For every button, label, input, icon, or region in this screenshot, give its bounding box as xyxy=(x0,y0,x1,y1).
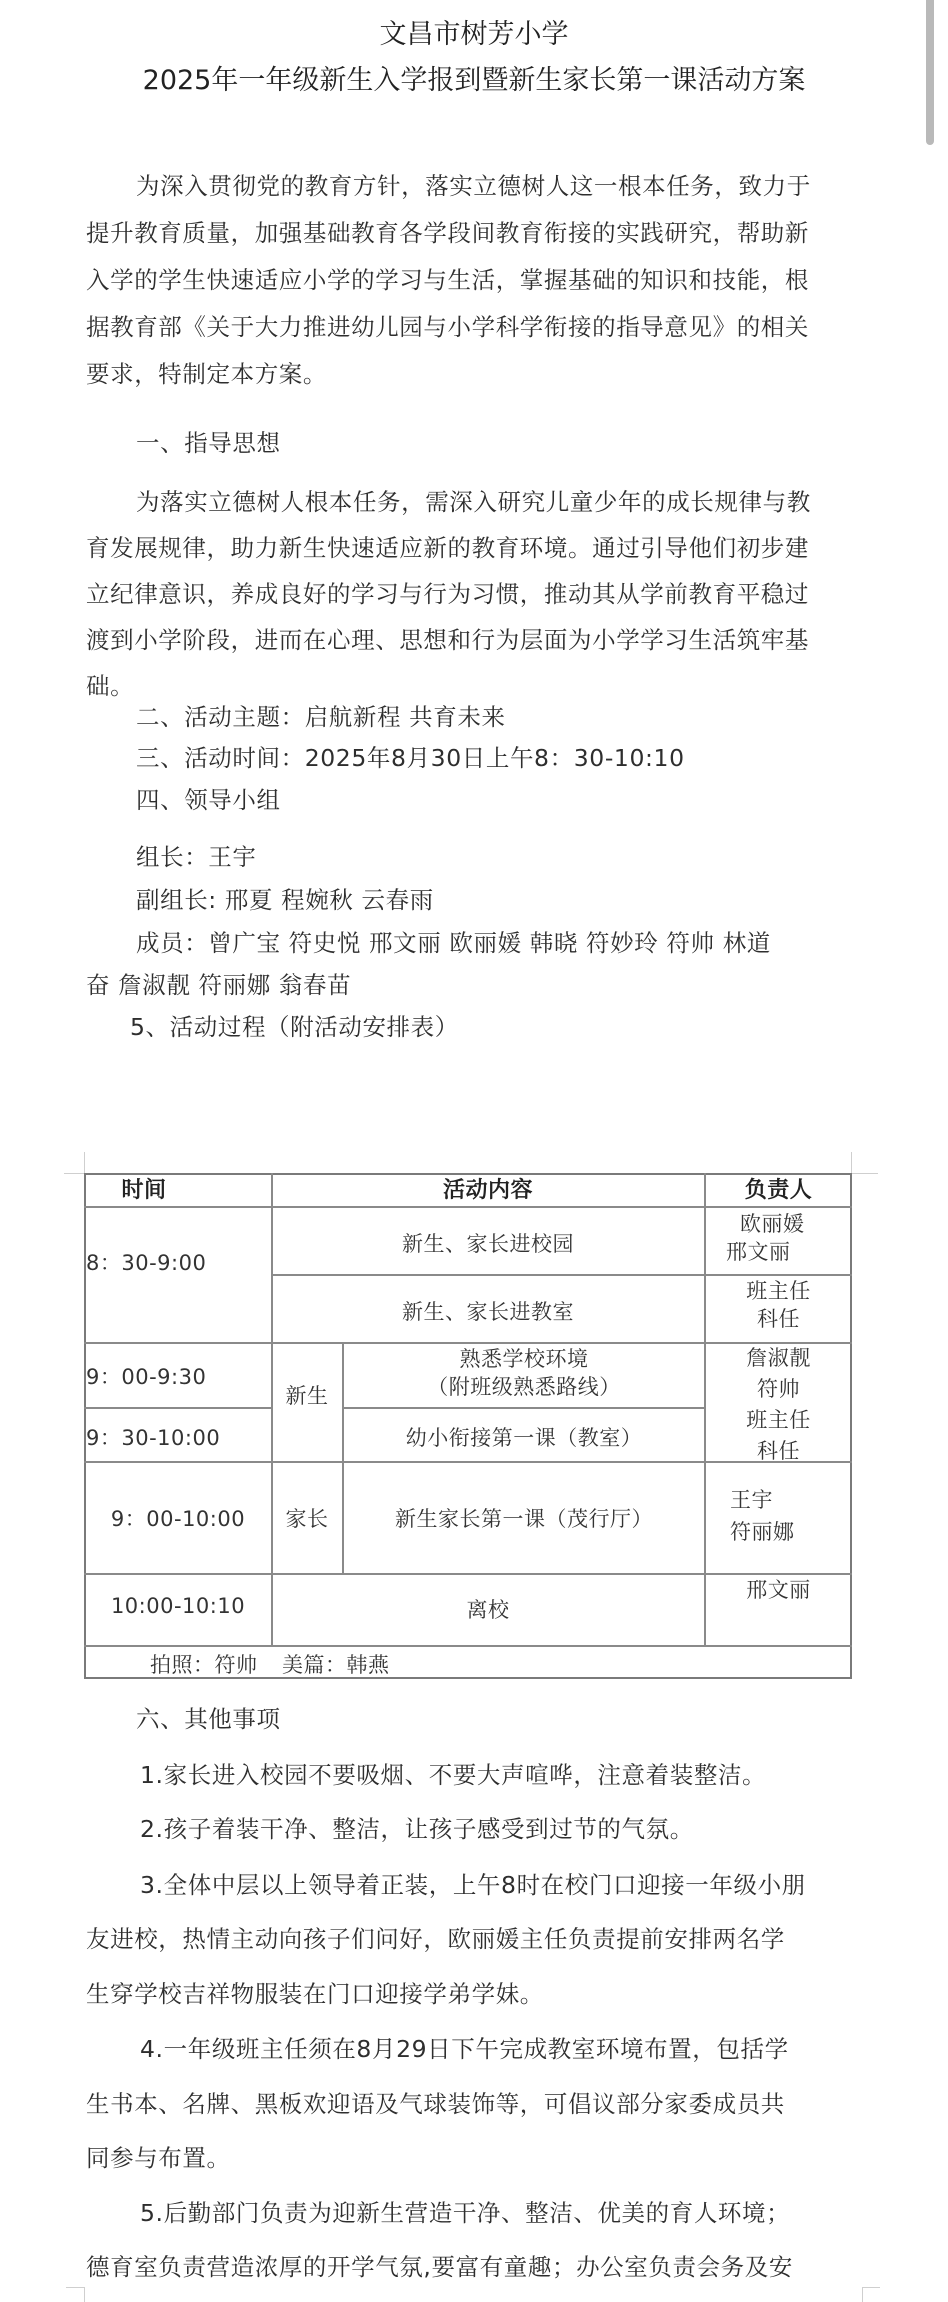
table-cell-content: 新生、家长进校园 xyxy=(272,1228,704,1258)
list-item: 5.后勤部门负责为迎新生营造干净、整洁、优美的育人环境； xyxy=(140,2194,790,2228)
table-rule xyxy=(272,1274,852,1276)
page-guide-mark xyxy=(851,1152,852,1174)
intro-line: 据教育部《关于大力推进幼儿园与小学科学衔接的指导意见》的相关 xyxy=(86,308,809,342)
list-item-continuation: 同参与布置。 xyxy=(86,2139,231,2173)
intro-line: 要求，特制定本方案。 xyxy=(86,355,327,389)
table-rule xyxy=(84,1206,852,1208)
list-item: 1.家长进入校园不要吸烟、不要大声喧哗，注意着装整洁。 xyxy=(140,1756,766,1790)
document-subtitle: 2025年一年级新生入学报到暨新生家长第一课活动方案 xyxy=(0,58,948,97)
members-line: 成员：曾广宝 符史悦 邢文丽 欧丽媛 韩晓 符妙玲 符帅 林道 xyxy=(136,924,771,958)
table-rule xyxy=(343,1407,705,1409)
page-corner-mark xyxy=(862,2287,863,2302)
table-cell-content: 幼小衔接第一课（教室） xyxy=(343,1422,705,1452)
table-rule xyxy=(84,1407,272,1409)
page-guide-mark xyxy=(84,1152,85,1174)
table-cell-group-students: 新生 xyxy=(272,1380,342,1410)
page-guide-mark xyxy=(64,1173,86,1174)
page-corner-mark xyxy=(66,2287,84,2288)
table-cell-owner: 班主任 科任 xyxy=(705,1277,852,1333)
table-cell-time: 9：00-9:30 xyxy=(86,1361,206,1391)
table-cell-time: 8：30-9:00 xyxy=(86,1247,206,1277)
table-cell-content: 新生、家长进教室 xyxy=(272,1296,704,1326)
page-guide-mark xyxy=(852,1173,878,1174)
table-header-owner: 负责人 xyxy=(705,1175,852,1206)
table-cell-group-parents: 家长 xyxy=(272,1503,342,1533)
list-item-continuation: 生穿学校吉祥物服装在门口迎接学弟学妹。 xyxy=(86,1975,544,2009)
table-header-time: 时间 xyxy=(84,1175,204,1206)
activity-time: 三、活动时间：2025年8月30日上午8：30-10:10 xyxy=(136,739,685,773)
table-cell-owner: 王宇 符丽娜 xyxy=(730,1484,795,1548)
table-rule xyxy=(84,1645,852,1647)
table-cell-content: 离校 xyxy=(272,1594,704,1624)
members-line: 奋 詹淑靓 符丽娜 翁春苗 xyxy=(86,966,351,1000)
paragraph-line: 渡到小学阶段，进而在心理、思想和行为层面为小学学习生活筑牢基 xyxy=(86,621,809,655)
paragraph-line: 为落实立德树人根本任务，需深入研究儿童少年的成长规律与教 xyxy=(136,483,811,517)
list-item: 4.一年级班主任须在8月29日下午完成教室环境布置，包括学 xyxy=(140,2030,789,2064)
deputy-leaders: 副组长: 邢夏 程婉秋 云春雨 xyxy=(136,881,434,915)
list-item: 2.孩子着装干净、整洁，让孩子感受到过节的气氛。 xyxy=(140,1810,694,1844)
activity-theme: 二、活动主题：启航新程 共育未来 xyxy=(136,698,506,732)
group-leader: 组长：王宇 xyxy=(136,838,257,872)
section-heading-activity-process: 5、活动过程（附活动安排表） xyxy=(130,1008,459,1042)
table-cell-content: 熟悉学校环境 （附班级熟悉路线） xyxy=(343,1345,705,1401)
intro-line: 提升教育质量，加强基础教育各学段间教育衔接的实践研究，帮助新 xyxy=(86,214,809,248)
table-cell-owner: 詹淑靓 符帅 班主任 科任 xyxy=(705,1343,852,1467)
intro-line: 为深入贯彻党的教育方针，落实立德树人这一根本任务，致力于 xyxy=(136,167,811,201)
table-cell-time: 10:00-10:10 xyxy=(84,1594,272,1618)
table-footer-photo: 拍照：符帅 xyxy=(150,1649,258,1679)
document-title: 文昌市树芳小学 xyxy=(0,12,948,51)
table-cell-owner: 邢文丽 xyxy=(705,1574,852,1604)
page-corner-mark xyxy=(84,2287,85,2302)
list-item-continuation: 德育室负责营造浓厚的开学气氛,要富有童趣；办公室负责会务及安 xyxy=(86,2248,793,2282)
table-cell-time: 9：30-10:00 xyxy=(86,1422,220,1452)
table-footer-article: 美篇：韩燕 xyxy=(282,1649,390,1679)
list-item-continuation: 生书本、名牌、黑板欢迎语及气球装饰等，可倡议部分家委成员共 xyxy=(86,2085,785,2119)
list-item-continuation: 友进校，热情主动向孩子们问好，欧丽媛主任负责提前安排两名学 xyxy=(86,1920,785,1954)
paragraph-line: 育发展规律，助力新生快速适应新的教育环境。通过引导他们初步建 xyxy=(86,529,809,563)
paragraph-line: 立纪律意识，养成良好的学习与行为习惯，推动其从学前教育平稳过 xyxy=(86,575,809,609)
paragraph-line: 础。 xyxy=(86,667,134,701)
table-header-content: 活动内容 xyxy=(272,1175,704,1206)
intro-line: 入学的学生快速适应小学的学习与生活，掌握基础的知识和技能，根 xyxy=(86,261,809,295)
table-cell-time: 9：00-10:00 xyxy=(84,1503,272,1533)
section-heading-guiding-ideology: 一、指导思想 xyxy=(136,424,281,458)
table-cell-content: 新生家长第一课（茂行厅） xyxy=(343,1503,705,1533)
page-corner-mark xyxy=(862,2287,880,2288)
section-heading-other-matters: 六、其他事项 xyxy=(136,1700,281,1734)
list-item: 3.全体中层以上领导着正装，上午8时在校门口迎接一年级小朋 xyxy=(140,1866,806,1900)
table-cell-owner: 欧丽媛 邢文丽 xyxy=(730,1210,805,1266)
section-heading-leadership-group: 四、领导小组 xyxy=(136,781,281,815)
